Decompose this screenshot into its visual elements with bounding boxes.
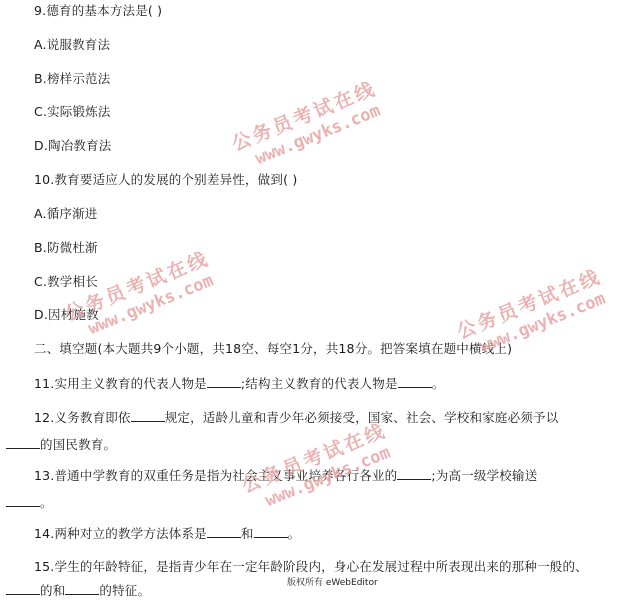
q10-option-a: A.循序渐进 [34, 206, 98, 222]
q11-part3: 。 [432, 376, 445, 391]
q9-option-d: D.陶冶教育法 [34, 138, 112, 154]
q9-option-a: A.说服教育法 [34, 37, 110, 53]
q13-part3: 。 [40, 495, 53, 510]
q10-option-b: B.防微杜渐 [34, 240, 98, 256]
q14-part2: 和 [241, 526, 254, 541]
section-header: 二、填空题(本大题共9个小题，共18空、每空1分，共18分。把答案填在题中横线上… [34, 341, 512, 357]
q9-option-b: B.榜样示范法 [34, 71, 110, 87]
q14-part3: 。 [288, 526, 301, 541]
q12-line2: 的国民教育。 [6, 436, 116, 453]
q10-option-c: C.教学相长 [34, 274, 98, 290]
q13-part1: 13.普通中学教育的双重任务是指为社会主义事业培养各行各业的 [34, 468, 397, 483]
q15-line2: 的和的特征。 [6, 582, 150, 599]
q9-option-c: C.实际锻炼法 [34, 104, 111, 120]
answer-blank [207, 375, 241, 388]
q14: 14.两种对立的教学方法体系是和。 [34, 525, 300, 542]
q12-part2: 规定，适龄儿童和青少年必须接受，国家、社会、学校和家庭必须予以 [165, 410, 559, 425]
answer-blank [6, 436, 40, 449]
q11: 11.实用主义教育的代表人物是;结构主义教育的代表人物是。 [34, 375, 444, 392]
answer-blank [207, 525, 241, 538]
q11-part2: ;结构主义教育的代表人物是 [241, 376, 398, 391]
answer-blank [254, 525, 288, 538]
q15-line1: 15.学生的年龄特征，是指青少年在一定年龄阶段内，身心在发展过程中所表现出来的那… [34, 559, 588, 575]
answer-blank [131, 409, 165, 422]
answer-blank [6, 494, 40, 507]
q13-line2: 。 [6, 494, 53, 511]
watermark: 公务员考试在线 www.gwyks.com [227, 74, 387, 175]
q12-part3: 的国民教育。 [40, 437, 116, 452]
q10-stem: 10.教育要适应人的发展的个别差异性，做到( ) [34, 172, 297, 188]
q9-stem: 9.德育的基本方法是( ) [34, 3, 162, 19]
q13-line1: 13.普通中学教育的双重任务是指为社会主义事业培养各行各业的;为高一级学校输送 [34, 467, 537, 484]
watermark-cn: 公务员考试在线 [227, 74, 380, 157]
q12-part1: 12.义务教育即依 [34, 410, 131, 425]
watermark-url: www.gwyks.com [252, 99, 387, 169]
q15-part1: 15.学生的年龄特征，是指青少年在一定年龄阶段内，身心在发展过程中所表现出来的那… [34, 559, 588, 574]
q13-part2: ;为高一级学校输送 [431, 468, 537, 483]
answer-blank [398, 375, 432, 388]
answer-blank [65, 582, 99, 595]
q12-line1: 12.义务教育即依规定，适龄儿童和青少年必须接受，国家、社会、学校和家庭必须予以 [34, 409, 558, 426]
q10-option-d: D.因材施教 [34, 307, 99, 323]
watermark-cn: 公务员考试在线 [452, 262, 605, 345]
watermark-cn: 公务员考试在线 [237, 416, 390, 499]
q15-part2: 的和 [40, 583, 65, 598]
answer-blank [397, 467, 431, 480]
q15-part3: 的特征。 [99, 583, 150, 598]
answer-blank [6, 582, 40, 595]
footer-copyright: 版权所有 eWebEditor [287, 575, 378, 588]
q14-part1: 14.两种对立的教学方法体系是 [34, 526, 207, 541]
watermark: 公务员考试在线 www.gwyks.com [60, 244, 220, 345]
q11-part1: 11.实用主义教育的代表人物是 [34, 376, 207, 391]
watermark-url: www.gwyks.com [85, 269, 220, 339]
